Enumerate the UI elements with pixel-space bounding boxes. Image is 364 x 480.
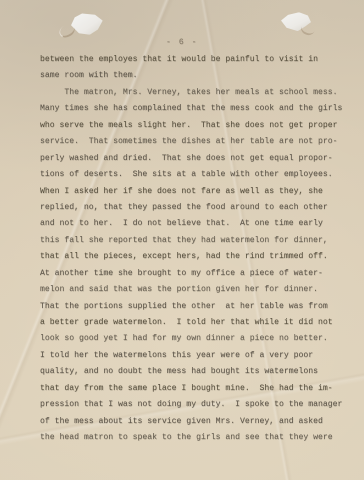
typed-line: between the employes that it would be pa… <box>40 52 340 68</box>
typed-line: tions of deserts. She sits at a table wi… <box>40 167 340 183</box>
typed-line: The matron, Mrs. Verney, takes her meals… <box>40 85 340 101</box>
page-number: - 6 - <box>0 38 364 47</box>
typed-line: That the portions supplied the other at … <box>40 299 340 315</box>
typed-line: that day from the same place I bought mi… <box>40 381 340 397</box>
typed-line: look so good yet I had for my own dinner… <box>40 331 340 347</box>
typed-line: same room with them. <box>40 68 340 84</box>
typed-line: who serve the meals slight her. That she… <box>40 118 340 134</box>
typed-line: pression that I was not doing my duty. I… <box>40 397 340 413</box>
typed-line: the head matron to speak to the girls an… <box>40 430 340 446</box>
typed-line: melon and said that was the portion give… <box>40 282 340 298</box>
typed-line: perly washed and dried. That she does no… <box>40 151 340 167</box>
typed-line: Many times she has complained that the m… <box>40 101 340 117</box>
typed-line: this fall she reported that they had wat… <box>40 233 340 249</box>
typed-line: At another time she brought to my office… <box>40 266 340 282</box>
typed-text-block: between the employes that it would be pa… <box>40 52 340 447</box>
torn-tape-mark-left <box>70 11 104 36</box>
document-page: - 6 - between the employes that it would… <box>0 0 364 480</box>
typed-line: quality, and no doubt the mess had bough… <box>40 364 340 380</box>
typed-line: a better grade watermelon. I told her th… <box>40 315 340 331</box>
typed-line: service. That sometimes the dishes at he… <box>40 134 340 150</box>
typed-line: replied, no, that they passed the food a… <box>40 200 340 216</box>
typed-line: that all the pieces, except hers, had th… <box>40 249 340 265</box>
typed-line: of the mess about its service given Mrs.… <box>40 414 340 430</box>
typed-line: I told her the watermelons this year wer… <box>40 348 340 364</box>
typed-line: When I asked her if she does not fare as… <box>40 184 340 200</box>
typed-line: and not to her. I do not believe that. A… <box>40 216 340 232</box>
